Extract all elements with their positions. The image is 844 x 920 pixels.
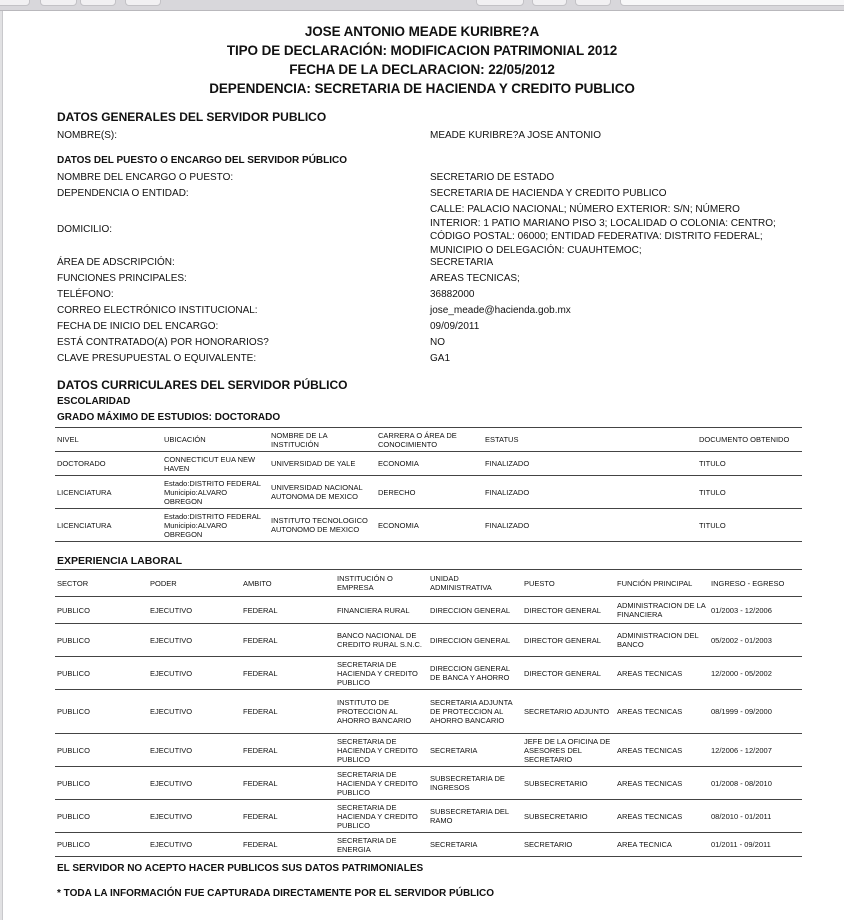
table-cell (590, 509, 697, 542)
table-row: PUBLICOEJECUTIVOFEDERALBANCO NACIONAL DE… (55, 624, 802, 657)
field-label: NOMBRE DEL ENCARGO O PUESTO: (57, 171, 233, 185)
table-cell: EJECUTIVO (148, 734, 241, 767)
table-cell: EJECUTIVO (148, 624, 241, 657)
table-cell: SECRETARIA (428, 734, 522, 767)
table-cell: JEFE DE LA OFICINA DE ASESORES DEL SECRE… (522, 734, 615, 767)
table-cell: ECONOMIA (376, 452, 483, 476)
table-cell: 01/2008 - 08/2010 (709, 767, 802, 800)
table-header-row: SECTORPODERAMBITOINSTITUCIÓN O EMPRESAUN… (55, 570, 802, 597)
table-cell: DIRECCION GENERAL (428, 624, 522, 657)
declarant-name: JOSE ANTONIO MEADE KURIBRE?A (0, 22, 844, 41)
table-cell: SECRETARIA ADJUNTA DE PROTECCION AL AHOR… (428, 690, 522, 734)
field-value: 09/09/2011 (430, 320, 790, 334)
table-row: PUBLICOEJECUTIVOFEDERALFINANCIERA RURALD… (55, 597, 802, 624)
puesto-field: TELÉFONO:36882000 (57, 288, 837, 301)
section-title-puesto: DATOS DEL PUESTO O ENCARGO DEL SERVIDOR … (57, 155, 347, 166)
toolbar-button[interactable] (476, 0, 524, 6)
field-value: MEADE KURIBRE?A JOSE ANTONIO (430, 129, 790, 143)
toolbar-button[interactable] (80, 0, 116, 6)
table-cell: FUNCIÓN PRINCIPAL (615, 570, 709, 597)
field-value: CALLE: PALACIO NACIONAL; NÚMERO EXTERIOR… (430, 203, 790, 257)
table-row: LICENCIATURAEstado:DISTRITO FEDERAL Muni… (55, 509, 802, 542)
capture-note: * TODA LA INFORMACIÓN FUE CAPTURADA DIRE… (57, 888, 494, 899)
table-cell: INSTITUTO TECNOLOGICO AUTONOMO DE MEXICO (269, 509, 376, 542)
toolbar-button[interactable] (125, 0, 161, 6)
table-cell: PUBLICO (55, 624, 148, 657)
table-cell: CONNECTICUT EUA NEW HAVEN (162, 452, 269, 476)
document-header: JOSE ANTONIO MEADE KURIBRE?A TIPO DE DEC… (0, 12, 844, 98)
field-value: jose_meade@hacienda.gob.mx (430, 304, 790, 318)
table-cell: FEDERAL (241, 624, 335, 657)
table-cell: AMBITO (241, 570, 335, 597)
declaration-dependency: DEPENDENCIA: SECRETARIA DE HACIENDA Y CR… (0, 79, 844, 98)
puesto-field: DEPENDENCIA O ENTIDAD:SECRETARIA DE HACI… (57, 187, 837, 200)
table-cell: SUBSECRETARIA DE INGRESOS (428, 767, 522, 800)
section-title-experiencia: EXPERIENCIA LABORAL (57, 555, 182, 567)
table-cell: FINALIZADO (483, 476, 590, 509)
field-label: ESTÁ CONTRATADO(A) POR HONORARIOS? (57, 336, 269, 350)
table-cell: AREAS TECNICAS (615, 690, 709, 734)
table-cell: EJECUTIVO (148, 767, 241, 800)
puesto-field: NOMBRE DEL ENCARGO O PUESTO:SECRETARIO D… (57, 171, 837, 184)
table-cell: 01/2011 - 09/2011 (709, 833, 802, 857)
field-label: NOMBRE(S): (57, 129, 117, 143)
experience-table: SECTORPODERAMBITOINSTITUCIÓN O EMPRESAUN… (55, 569, 802, 857)
table-cell: UNIDAD ADMINISTRATIVA (428, 570, 522, 597)
section-title-datos-generales: DATOS GENERALES DEL SERVIDOR PUBLICO (57, 110, 326, 124)
table-cell: EJECUTIVO (148, 657, 241, 690)
table-cell: PUESTO (522, 570, 615, 597)
table-cell (590, 452, 697, 476)
toolbar-button[interactable] (40, 0, 77, 6)
table-row: DOCTORADOCONNECTICUT EUA NEW HAVENUNIVER… (55, 452, 802, 476)
table-cell: DOCUMENTO OBTENIDO (697, 428, 802, 452)
field-label: DEPENDENCIA O ENTIDAD: (57, 187, 189, 201)
table-cell: PUBLICO (55, 833, 148, 857)
table-cell: PUBLICO (55, 767, 148, 800)
table-cell: TITULO (697, 476, 802, 509)
table-row: PUBLICOEJECUTIVOFEDERALSECRETARIA DE HAC… (55, 800, 802, 833)
table-row: PUBLICOEJECUTIVOFEDERALSECRETARIA DE HAC… (55, 767, 802, 800)
table-cell: FEDERAL (241, 833, 335, 857)
window-edge (0, 11, 3, 920)
table-cell: CARRERA O ÁREA DE CONOCIMIENTO (376, 428, 483, 452)
table-cell: NIVEL (55, 428, 162, 452)
field-label: CORREO ELECTRÓNICO INSTITUCIONAL: (57, 304, 258, 318)
table-cell: TITULO (697, 509, 802, 542)
table-cell (590, 428, 697, 452)
declaration-date: FECHA DE LA DECLARACION: 22/05/2012 (0, 60, 844, 79)
field-label: FUNCIONES PRINCIPALES: (57, 272, 187, 286)
table-row: PUBLICOEJECUTIVOFEDERALSECRETARIA DE ENE… (55, 833, 802, 857)
field-value: AREAS TECNICAS; (430, 272, 790, 286)
table-cell: SUBSECRETARIO (522, 767, 615, 800)
table-cell: AREAS TECNICAS (615, 734, 709, 767)
table-cell: SECTOR (55, 570, 148, 597)
browser-toolbar (0, 0, 844, 11)
patrimonial-note: EL SERVIDOR NO ACEPTO HACER PUBLICOS SUS… (57, 863, 423, 874)
table-cell: UNIVERSIDAD DE YALE (269, 452, 376, 476)
grado-maximo: GRADO MÁXIMO DE ESTUDIOS: DOCTORADO (57, 412, 280, 423)
puesto-field: CORREO ELECTRÓNICO INSTITUCIONAL:jose_me… (57, 304, 837, 317)
table-cell: TITULO (697, 452, 802, 476)
toolbar-button[interactable] (532, 0, 567, 6)
section-title-curriculares: DATOS CURRICULARES DEL SERVIDOR PÚBLICO (57, 378, 347, 392)
declaration-type: TIPO DE DECLARACIÓN: MODIFICACION PATRIM… (0, 41, 844, 60)
table-cell: NOMBRE DE LA INSTITUCIÓN (269, 428, 376, 452)
table-cell: DIRECCION GENERAL (428, 597, 522, 624)
table-cell: DIRECTOR GENERAL (522, 657, 615, 690)
table-cell: SECRETARIO ADJUNTO (522, 690, 615, 734)
puesto-field: DOMICILIO:CALLE: PALACIO NACIONAL; NÚMER… (57, 203, 837, 255)
table-cell: ADMINISTRACION DEL BANCO (615, 624, 709, 657)
field-label: ÁREA DE ADSCRIPCIÓN: (57, 256, 175, 270)
table-cell: SECRETARIA DE HACIENDA Y CREDITO PUBLICO (335, 800, 428, 833)
puesto-field: ÁREA DE ADSCRIPCIÓN:SECRETARIA (57, 256, 837, 269)
field-label: TELÉFONO: (57, 288, 114, 302)
table-cell: FEDERAL (241, 734, 335, 767)
table-cell: INGRESO - EGRESO (709, 570, 802, 597)
table-row: LICENCIATURAEstado:DISTRITO FEDERAL Muni… (55, 476, 802, 509)
table-cell: FEDERAL (241, 597, 335, 624)
puesto-field: ESTÁ CONTRATADO(A) POR HONORARIOS?NO (57, 336, 837, 349)
table-cell: PUBLICO (55, 800, 148, 833)
field-value: SECRETARIA DE HACIENDA Y CREDITO PUBLICO (430, 187, 790, 201)
table-cell: FEDERAL (241, 657, 335, 690)
table-cell: Estado:DISTRITO FEDERAL Municipio:ALVARO… (162, 509, 269, 542)
table-cell: AREAS TECNICAS (615, 800, 709, 833)
table-cell: PUBLICO (55, 690, 148, 734)
table-cell: FINALIZADO (483, 452, 590, 476)
table-row: PUBLICOEJECUTIVOFEDERALSECRETARIA DE HAC… (55, 657, 802, 690)
table-cell: PODER (148, 570, 241, 597)
table-cell: 05/2002 - 01/2003 (709, 624, 802, 657)
table-cell: DIRECCION GENERAL DE BANCA Y AHORRO (428, 657, 522, 690)
table-cell: DIRECTOR GENERAL (522, 624, 615, 657)
field-label: CLAVE PRESUPUESTAL O EQUIVALENTE: (57, 352, 256, 366)
table-cell: INSTITUTO DE PROTECCION AL AHORRO BANCAR… (335, 690, 428, 734)
table-cell: PUBLICO (55, 597, 148, 624)
table-cell: AREAS TECNICAS (615, 657, 709, 690)
table-cell: LICENCIATURA (55, 476, 162, 509)
puesto-field: CLAVE PRESUPUESTAL O EQUIVALENTE:GA1 (57, 352, 837, 365)
puesto-field: FUNCIONES PRINCIPALES:AREAS TECNICAS; (57, 272, 837, 285)
table-cell: SECRETARIA DE HACIENDA Y CREDITO PUBLICO (335, 767, 428, 800)
table-row: PUBLICOEJECUTIVOFEDERALSECRETARIA DE HAC… (55, 734, 802, 767)
escolaridad-label: ESCOLARIDAD (57, 396, 130, 407)
table-cell: FEDERAL (241, 690, 335, 734)
table-cell: SECRETARIA DE ENERGIA (335, 833, 428, 857)
table-cell: UNIVERSIDAD NACIONAL AUTONOMA DE MEXICO (269, 476, 376, 509)
table-cell: UBICACIÓN (162, 428, 269, 452)
table-cell: SECRETARIA DE HACIENDA Y CREDITO PUBLICO (335, 657, 428, 690)
table-cell: ESTATUS (483, 428, 590, 452)
field-value: GA1 (430, 352, 790, 366)
table-cell: SECRETARIA (428, 833, 522, 857)
table-cell: DOCTORADO (55, 452, 162, 476)
table-cell: SUBSECRETARIA DEL RAMO (428, 800, 522, 833)
table-cell: FEDERAL (241, 767, 335, 800)
table-cell: EJECUTIVO (148, 833, 241, 857)
address-field[interactable] (620, 0, 844, 6)
table-cell: 12/2006 - 12/2007 (709, 734, 802, 767)
table-cell: 01/2003 - 12/2006 (709, 597, 802, 624)
table-cell: SECRETARIA DE HACIENDA Y CREDITO PUBLICO (335, 734, 428, 767)
table-cell: SUBSECRETARIO (522, 800, 615, 833)
field-value: SECRETARIO DE ESTADO (430, 171, 790, 185)
table-cell: 12/2000 - 05/2002 (709, 657, 802, 690)
field-value: SECRETARIA (430, 256, 790, 270)
table-cell: INSTITUCIÓN O EMPRESA (335, 570, 428, 597)
table-cell: FEDERAL (241, 800, 335, 833)
table-cell: FINALIZADO (483, 509, 590, 542)
table-header-row: NIVELUBICACIÓNNOMBRE DE LA INSTITUCIÓNCA… (55, 428, 802, 452)
field-value: NO (430, 336, 790, 350)
field-label: DOMICILIO: (57, 223, 112, 237)
table-cell: EJECUTIVO (148, 597, 241, 624)
table-cell: ECONOMIA (376, 509, 483, 542)
table-row: PUBLICOEJECUTIVOFEDERALINSTITUTO DE PROT… (55, 690, 802, 734)
table-cell: BANCO NACIONAL DE CREDITO RURAL S.N.C. (335, 624, 428, 657)
table-cell: AREA TECNICA (615, 833, 709, 857)
puesto-field: FECHA DE INICIO DEL ENCARGO:09/09/2011 (57, 320, 837, 333)
table-cell: PUBLICO (55, 734, 148, 767)
table-cell: EJECUTIVO (148, 800, 241, 833)
field-value: 36882000 (430, 288, 790, 302)
field-label: FECHA DE INICIO DEL ENCARGO: (57, 320, 218, 334)
table-cell: DERECHO (376, 476, 483, 509)
table-cell: ADMINISTRACION DE LA FINANCIERA (615, 597, 709, 624)
education-table: NIVELUBICACIÓNNOMBRE DE LA INSTITUCIÓNCA… (55, 427, 802, 542)
table-cell: AREAS TECNICAS (615, 767, 709, 800)
table-cell: 08/1999 - 09/2000 (709, 690, 802, 734)
table-cell: DIRECTOR GENERAL (522, 597, 615, 624)
table-cell: LICENCIATURA (55, 509, 162, 542)
toolbar-button[interactable] (575, 0, 611, 6)
toolbar-button[interactable] (0, 0, 30, 6)
table-cell: Estado:DISTRITO FEDERAL Municipio:ALVARO… (162, 476, 269, 509)
table-cell: 08/2010 - 01/2011 (709, 800, 802, 833)
table-cell: FINANCIERA RURAL (335, 597, 428, 624)
table-cell (590, 476, 697, 509)
table-cell: EJECUTIVO (148, 690, 241, 734)
table-cell: PUBLICO (55, 657, 148, 690)
table-cell: SECRETARIO (522, 833, 615, 857)
